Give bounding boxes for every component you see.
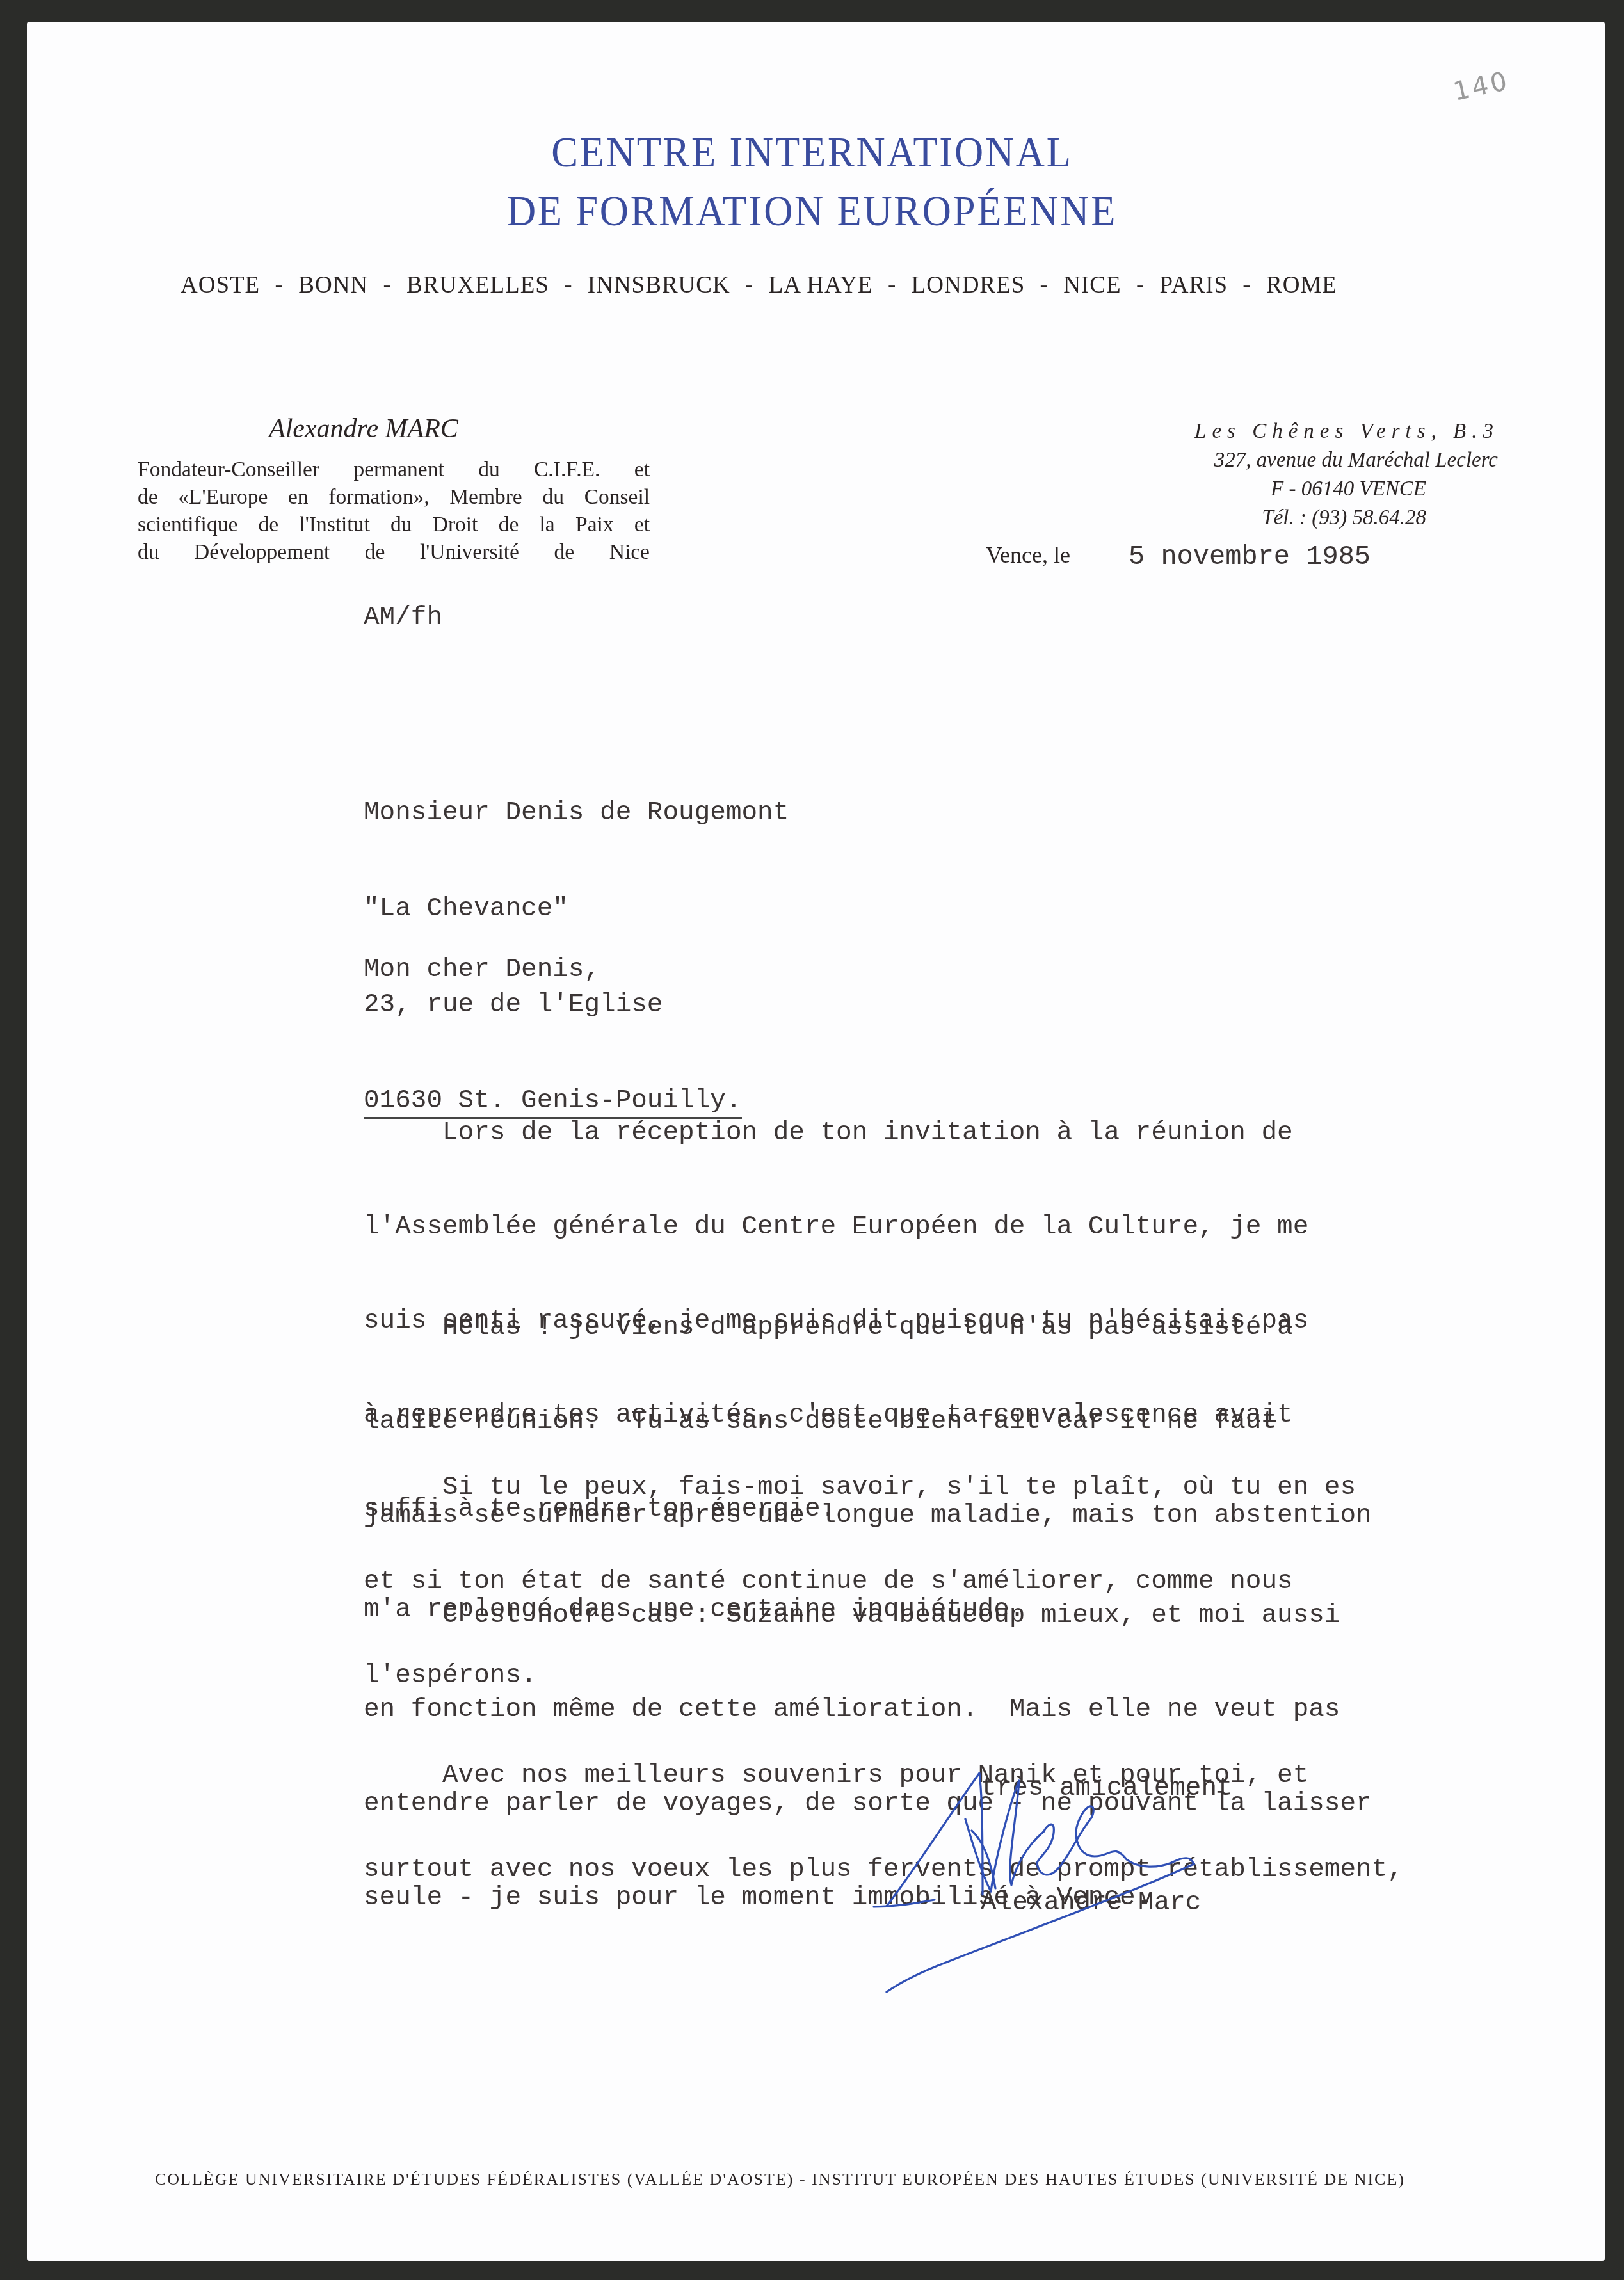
reference-initials: AM/fh	[364, 603, 442, 632]
salutation: Mon cher Denis,	[364, 955, 600, 984]
letter-date: 5 novembre 1985	[1129, 542, 1371, 572]
city: ROME	[1266, 271, 1337, 299]
address-line: 327, avenue du Maréchal Leclerc	[1088, 446, 1498, 475]
recipient-line: 23, rue de l'Eglise	[364, 989, 789, 1021]
sender-description-line: scientifique de l'Institut du Droit de l…	[138, 511, 650, 538]
sender-name: Alexandre MARC	[269, 413, 458, 444]
sender-description-line: du Développement de l'Université de Nice	[138, 538, 650, 566]
city: INNSBRUCK	[588, 271, 730, 299]
sender-description: Fondateur-Conseiller permanent du C.I.F.…	[138, 456, 650, 566]
city-separator: -	[1122, 271, 1160, 299]
recipient-line: Monsieur Denis de Rougemont	[364, 797, 789, 829]
text-line: Hélas ! je viens d'apprendre que tu n'as…	[364, 1312, 1452, 1344]
city-separator: -	[368, 271, 406, 299]
sender-address: Les Chênes Verts, B.3 327, avenue du Mar…	[1088, 417, 1498, 533]
city-separator: -	[549, 271, 588, 299]
city-separator: -	[730, 271, 769, 299]
handwritten-signature	[858, 1760, 1408, 2003]
city-separator: -	[1228, 271, 1266, 299]
letterhead-cities: AOSTE - BONN - BRUXELLES - INNSBRUCK - L…	[181, 271, 1461, 299]
text-line: C'est notre cas : Suzanne va beaucoup mi…	[364, 1600, 1452, 1632]
recipient-line: "La Chevance"	[364, 893, 789, 925]
letterhead-title-line1: CENTRE INTERNATIONAL	[65, 127, 1559, 177]
text-line: l'Assemblée générale du Centre Européen …	[364, 1212, 1452, 1243]
sender-description-line: Fondateur-Conseiller permanent du C.I.F.…	[138, 456, 650, 483]
place-label: Vence, le	[986, 542, 1070, 568]
address-line: Tél. : (93) 58.64.28	[1088, 504, 1498, 533]
letterhead-title-line2: DE FORMATION EUROPÉENNE	[65, 186, 1559, 236]
city: LONDRES	[912, 271, 1025, 299]
city: NICE	[1063, 271, 1121, 299]
address-line: Les Chênes Verts, B.3	[1088, 417, 1499, 446]
letterhead-footer: COLLÈGE UNIVERSITAIRE D'ÉTUDES FÉDÉRALIS…	[155, 2170, 1486, 2189]
city-separator: -	[1025, 271, 1063, 299]
city: PARIS	[1160, 271, 1228, 299]
text-line: Lors de la réception de ton invitation à…	[364, 1118, 1452, 1149]
city-separator: -	[260, 271, 298, 299]
text-line: Si tu le peux, fais-moi savoir, s'il te …	[364, 1472, 1452, 1504]
city: AOSTE	[181, 271, 260, 299]
city: LA HAYE	[769, 271, 873, 299]
address-line: F - 06140 VENCE	[1088, 475, 1498, 504]
sender-description-line: de «L'Europe en formation», Membre du Co…	[138, 483, 650, 511]
city-separator: -	[873, 271, 912, 299]
city: BRUXELLES	[406, 271, 549, 299]
city: BONN	[298, 271, 368, 299]
